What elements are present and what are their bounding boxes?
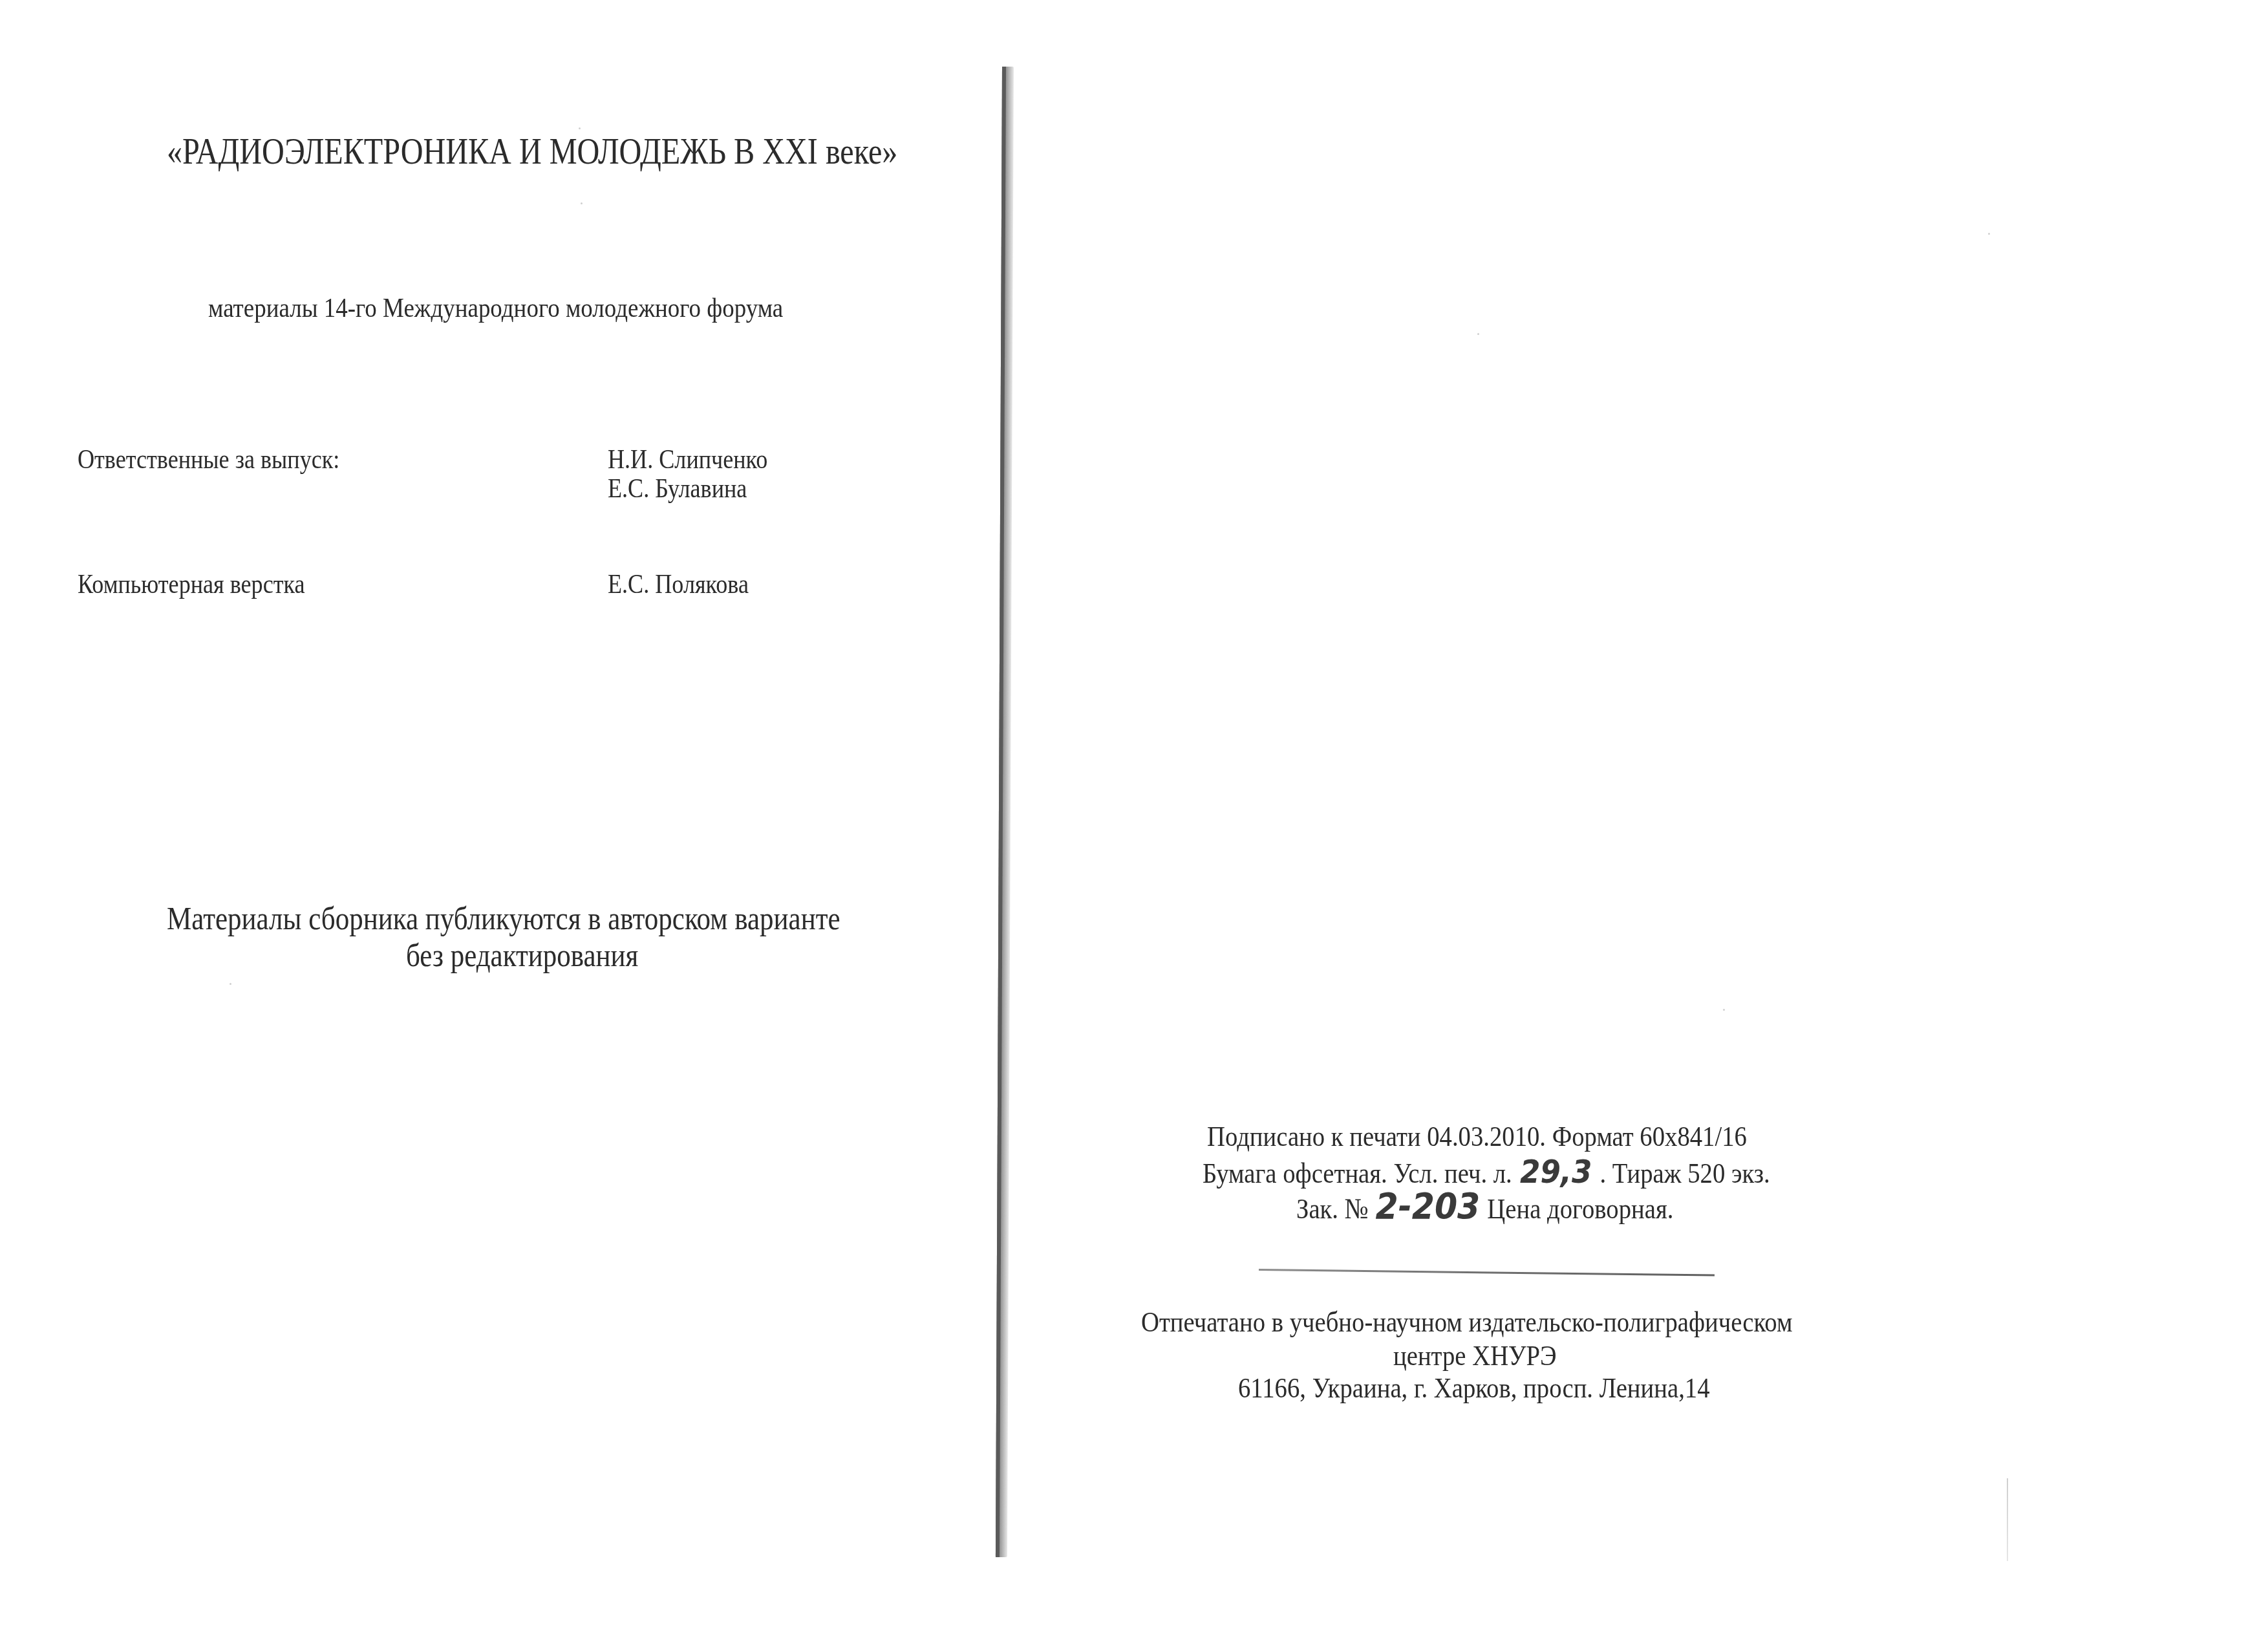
scan-speck [581,202,583,204]
credit-name: Н.И. Слипченко [608,446,767,473]
editorial-note-line: Материалы сборника публикуются в авторск… [167,902,840,934]
imprint-price: Цена договорная. [1487,1192,1673,1225]
credit-role-layout: Компьютерная верстка [78,571,305,598]
credit-role-responsible: Ответственные за выпуск: [78,446,339,473]
editorial-note-line: без редактирования [406,939,638,971]
book-title: «РАДИОЭЛЕКТРОНИКА И МОЛОДЕЖЬ В XXI веке» [167,134,873,170]
scan-speck [230,983,231,985]
imprint-line-order: Зак. № 2-203 Цена договорная. [1296,1189,1673,1225]
scan-speck [579,127,581,129]
credit-name: Е.С. Булавина [608,475,747,502]
printer-line: центре ХНУРЭ [1393,1341,1557,1370]
printer-address: 61166, Украина, г. Харков, просп. Ленина… [1238,1374,1710,1403]
page-edge-mark [2007,1478,2008,1561]
left-page: «РАДИОЭЛЕКТРОНИКА И МОЛОДЕЖЬ В XXI веке»… [0,0,1005,1649]
imprint-circulation: . Тираж 520 экз. [1600,1157,1770,1189]
imprint-line-signed: Подписано к печати 04.03.2010. Формат 60… [1207,1122,1747,1151]
imprint-order-label: Зак. № [1296,1192,1369,1225]
credit-name: Е.С. Полякова [608,571,749,598]
book-subtitle: материалы 14-го Международного молодежно… [208,294,783,322]
imprint-line-paper: Бумага офсетная. Усл. печ. л. 29,3 . Тир… [1203,1156,1770,1188]
separator-line [1259,1269,1715,1277]
scan-speck [1723,1009,1725,1011]
scan-speck [1477,333,1479,335]
printer-line: Отпечатано в учебно-научном издательско-… [1141,1308,1792,1337]
printed-sheets-handwritten: 29,3 [1520,1156,1592,1188]
scan-speck [1988,233,1990,235]
order-number-handwritten: 2-203 [1376,1189,1481,1225]
imprint-paper-label: Бумага офсетная. Усл. печ. л. [1203,1157,1512,1189]
right-page: Подписано к печати 04.03.2010. Формат 60… [1018,0,2268,1649]
